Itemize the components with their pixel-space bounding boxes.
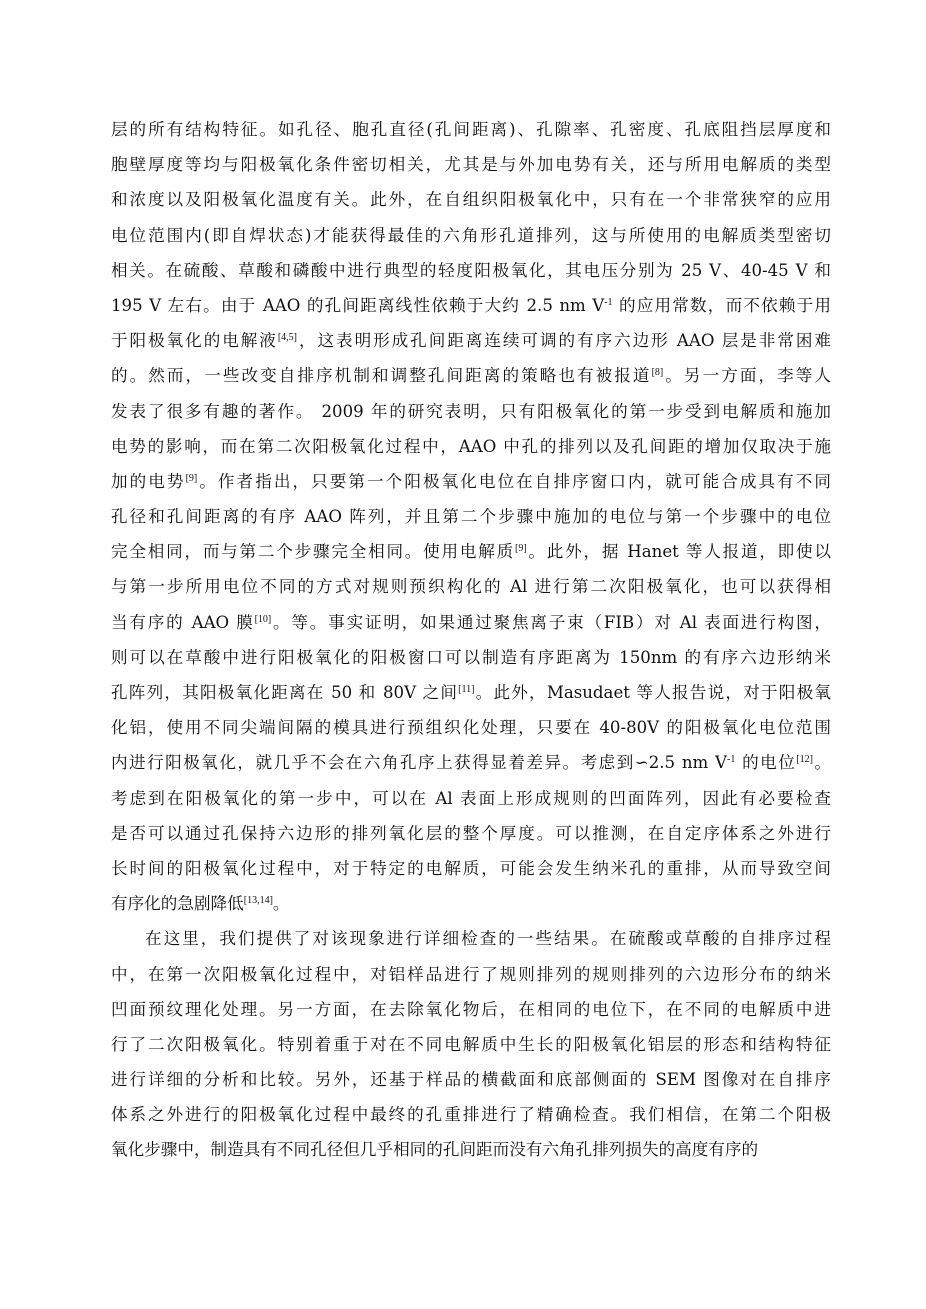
text-segment: 体系之外进行的阳极氧化过程中最终的孔重排进行了精确检查。我们相信，在第二个阳极 [111, 1105, 831, 1124]
text-line: 发表了很多有趣的著作。 2009 年的研究表明，只有阳极氧化的第一步受到电解质和… [111, 394, 831, 429]
text-segment: 胞壁厚度等均与阳极氧化条件密切相关，尤其是与外加电势有关，还与所用电解质的类型 [111, 155, 831, 174]
citation-superscript: [13,14] [244, 895, 273, 906]
text-line: 胞壁厚度等均与阳极氧化条件密切相关，尤其是与外加电势有关，还与所用电解质的类型 [111, 147, 831, 182]
text-line: 化铝，使用不同尖端间隔的模具进行预组织化处理，只要在 40-80V 的阳极氧化电… [111, 710, 831, 745]
text-line: 于阳极氧化的电解液[4,5]，这表明形成孔间距离连续可调的有序六边形 AAO 层… [111, 323, 831, 358]
text-line: 与第一步所用电位不同的方式对规则预织构化的 Al 进行第二次阳极氧化，也可以获得… [111, 569, 831, 604]
citation-superscript: [8] [652, 367, 664, 378]
text-segment: 有序化的急剧降低 [111, 894, 244, 913]
text-line: 当有序的 AAO 膜[10]。等。事实证明，如果通过聚焦离子束（FIB）对 Al… [111, 605, 831, 640]
text-segment: 长时间的阳极氧化过程中，对于特定的电解质，可能会发生纳米孔的重排，从而导致空间 [111, 859, 831, 878]
text-line: 长时间的阳极氧化过程中，对于特定的电解质，可能会发生纳米孔的重排，从而导致空间 [111, 851, 831, 886]
text-segment: 加的电势 [111, 472, 186, 491]
text-line: 孔径和孔间距离的有序 AAO 阵列，并且第二个步骤中施加的电位与第一个步骤中的电… [111, 499, 831, 534]
text-segment: 当有序的 AAO 膜 [111, 613, 255, 632]
text-segment: 于阳极氧化的电解液 [111, 331, 278, 350]
text-segment: 。 [273, 894, 290, 913]
text-segment: 行了二次阳极氧化。特别着重于对在不同电解质中生长的阳极氧化铝层的形态和结构特征 [111, 1035, 831, 1054]
text-line: 凹面预纹理化处理。另一方面，在去除氧化物后，在相同的电位下，在不同的电解质中进 [111, 992, 831, 1027]
citation-superscript: [9] [515, 543, 527, 554]
citation-superscript: [12] [796, 754, 813, 765]
text-line: 电势的影响，而在第二次阳极氧化过程中，AAO 中孔的排列以及孔间距的增加仅取决于… [111, 429, 831, 464]
text-line: 是否可以通过孔保持六边形的排列氧化层的整个厚度。可以推测，在自定序体系之外进行 [111, 816, 831, 851]
text-line: 孔阵列，其阳极氧化距离在 50 和 80V 之间[11]。此外，Masudaet… [111, 675, 831, 710]
text-line: 进行详细的分析和比较。另外，还基于样品的横截面和底部侧面的 SEM 图像对在自排… [111, 1062, 831, 1097]
citation-superscript: [4,5] [278, 332, 297, 343]
text-line: 考虑到在阳极氧化的第一步中，可以在 Al 表面上形成规则的凹面阵列，因此有必要检… [111, 781, 831, 816]
text-line: 中，在第一次阳极氧化过程中，对铝样品进行了规则排列的规则排列的六边形分布的纳米 [111, 957, 831, 992]
text-segment: 电位范围内(即自焊状态)才能获得最佳的六角形孔道排列，这与所使用的电解质类型密切 [111, 226, 831, 245]
text-line: 在这里，我们提供了对该现象进行详细检查的一些结果。在硫酸或草酸的自排序过程 [111, 921, 831, 956]
text-segment: 。另一方面，李等人 [663, 366, 831, 385]
text-segment: 则可以在草酸中进行阳极氧化的阳极窗口可以制造有序距离为 150nm 的有序六边形… [111, 648, 831, 667]
text-line: 则可以在草酸中进行阳极氧化的阳极窗口可以制造有序距离为 150nm 的有序六边形… [111, 640, 831, 675]
text-segment: 。作者指出，只要第一个阳极氧化电位在自排序窗口内，就可能合成具有不同 [197, 472, 831, 491]
text-segment: 是否可以通过孔保持六边形的排列氧化层的整个厚度。可以推测，在自定序体系之外进行 [111, 824, 831, 843]
text-segment: 凹面预纹理化处理。另一方面，在去除氧化物后，在相同的电位下，在不同的电解质中进 [111, 1000, 831, 1019]
text-segment: 进行详细的分析和比较。另外，还基于样品的横截面和底部侧面的 SEM 图像对在自排… [111, 1070, 831, 1089]
text-line: 行了二次阳极氧化。特别着重于对在不同电解质中生长的阳极氧化铝层的形态和结构特征 [111, 1027, 831, 1062]
text-segment: 孔阵列，其阳极氧化距离在 50 和 80V 之间 [111, 683, 458, 702]
text-segment: 相关。在硫酸、草酸和磷酸中进行典型的轻度阳极氧化，其电压分别为 25 V、40-… [111, 261, 831, 280]
text-segment: 和浓度以及阳极氧化温度有关。此外，在自组织阳极氧化中，只有在一个非常狭窄的应用 [111, 190, 831, 209]
text-line: 内进行阳极氧化，就几乎不会在六角孔序上获得显着差异。考虑到∽2.5 nm V-1… [111, 745, 831, 780]
text-segment: 电势的影响，而在第二次阳极氧化过程中，AAO 中孔的排列以及孔间距的增加仅取决于… [111, 437, 831, 456]
paragraph: 层的所有结构特征。如孔径、胞孔直径(孔间距离)、孔隙率、孔密度、孔底阻挡层厚度和… [111, 112, 831, 921]
text-segment: 孔径和孔间距离的有序 AAO 阵列，并且第二个步骤中施加的电位与第一个步骤中的电… [111, 507, 831, 526]
text-segment: ，这表明形成孔间距离连续可调的有序六边形 AAO 层是非常困难 [297, 331, 831, 350]
text-line: 体系之外进行的阳极氧化过程中最终的孔重排进行了精确检查。我们相信，在第二个阳极 [111, 1097, 831, 1132]
document-page: 层的所有结构特征。如孔径、胞孔直径(孔间距离)、孔隙率、孔密度、孔底阻挡层厚度和… [111, 112, 831, 1168]
text-segment: 考虑到在阳极氧化的第一步中，可以在 Al 表面上形成规则的凹面阵列，因此有必要检… [111, 789, 831, 808]
text-segment: 。等。事实证明，如果通过聚焦离子束（FIB）对 Al 表面进行构图， [271, 613, 831, 632]
text-line: 加的电势[9]。作者指出，只要第一个阳极氧化电位在自排序窗口内，就可能合成具有不… [111, 464, 831, 499]
text-segment: 的。然而，一些改变自排序机制和调整孔间距离的策略也有被报道 [111, 366, 652, 385]
text-line: 相关。在硫酸、草酸和磷酸中进行典型的轻度阳极氧化，其电压分别为 25 V、40-… [111, 253, 831, 288]
text-line: 完全相同，而与第二个步骤完全相同。使用电解质[9]。此外，据 Hanet 等人报… [111, 534, 831, 569]
text-segment: 中，在第一次阳极氧化过程中，对铝样品进行了规则排列的规则排列的六边形分布的纳米 [111, 965, 831, 984]
citation-superscript: [10] [255, 614, 272, 625]
text-line: 氧化步骤中，制造具有不同孔径但几乎相同的孔间距而没有六角孔排列损失的高度有序的 [111, 1132, 831, 1167]
paragraph: 在这里，我们提供了对该现象进行详细检查的一些结果。在硫酸或草酸的自排序过程中，在… [111, 921, 831, 1167]
text-segment: 层的所有结构特征。如孔径、胞孔直径(孔间距离)、孔隙率、孔密度、孔底阻挡层厚度和 [111, 120, 831, 139]
text-segment: 内进行阳极氧化，就几乎不会在六角孔序上获得显着差异。考虑到∽2.5 nm V [111, 753, 727, 772]
text-line: 有序化的急剧降低[13,14]。 [111, 886, 831, 921]
text-line: 195 V 左右。由于 AAO 的孔间距离线性依赖于大约 2.5 nm V-1 … [111, 288, 831, 323]
text-segment: 完全相同，而与第二个步骤完全相同。使用电解质 [111, 542, 515, 561]
text-segment: 的应用常数，而不依赖于用 [613, 296, 831, 315]
text-segment: 在这里，我们提供了对该现象进行详细检查的一些结果。在硫酸或草酸的自排序过程 [145, 929, 831, 948]
citation-superscript: [9] [186, 473, 198, 484]
text-line: 和浓度以及阳极氧化温度有关。此外，在自组织阳极氧化中，只有在一个非常狭窄的应用 [111, 182, 831, 217]
text-segment: 的电位 [735, 753, 796, 772]
text-line: 层的所有结构特征。如孔径、胞孔直径(孔间距离)、孔隙率、孔密度、孔底阻挡层厚度和 [111, 112, 831, 147]
text-segment: 发表了很多有趣的著作。 2009 年的研究表明，只有阳极氧化的第一步受到电解质和… [111, 402, 831, 421]
text-segment: 195 V 左右。由于 AAO 的孔间距离线性依赖于大约 2.5 nm V [111, 296, 604, 315]
text-segment: 化铝，使用不同尖端间隔的模具进行预组织化处理，只要在 40-80V 的阳极氧化电… [111, 718, 831, 737]
text-segment: 与第一步所用电位不同的方式对规则预织构化的 Al 进行第二次阳极氧化，也可以获得… [111, 577, 831, 596]
text-segment: 氧化步骤中，制造具有不同孔径但几乎相同的孔间距而没有六角孔排列损失的高度有序的 [111, 1140, 758, 1159]
text-segment: 。此外，Masudaet 等人报告说，对于阳极氧 [474, 683, 831, 702]
citation-superscript: -1 [604, 297, 612, 308]
text-line: 电位范围内(即自焊状态)才能获得最佳的六角形孔道排列，这与所使用的电解质类型密切 [111, 218, 831, 253]
text-line: 的。然而，一些改变自排序机制和调整孔间距离的策略也有被报道[8]。另一方面，李等… [111, 358, 831, 393]
text-segment: 。此外，据 Hanet 等人报道，即使以 [527, 542, 831, 561]
text-segment: 。 [813, 753, 831, 772]
citation-superscript: [11] [458, 684, 474, 695]
